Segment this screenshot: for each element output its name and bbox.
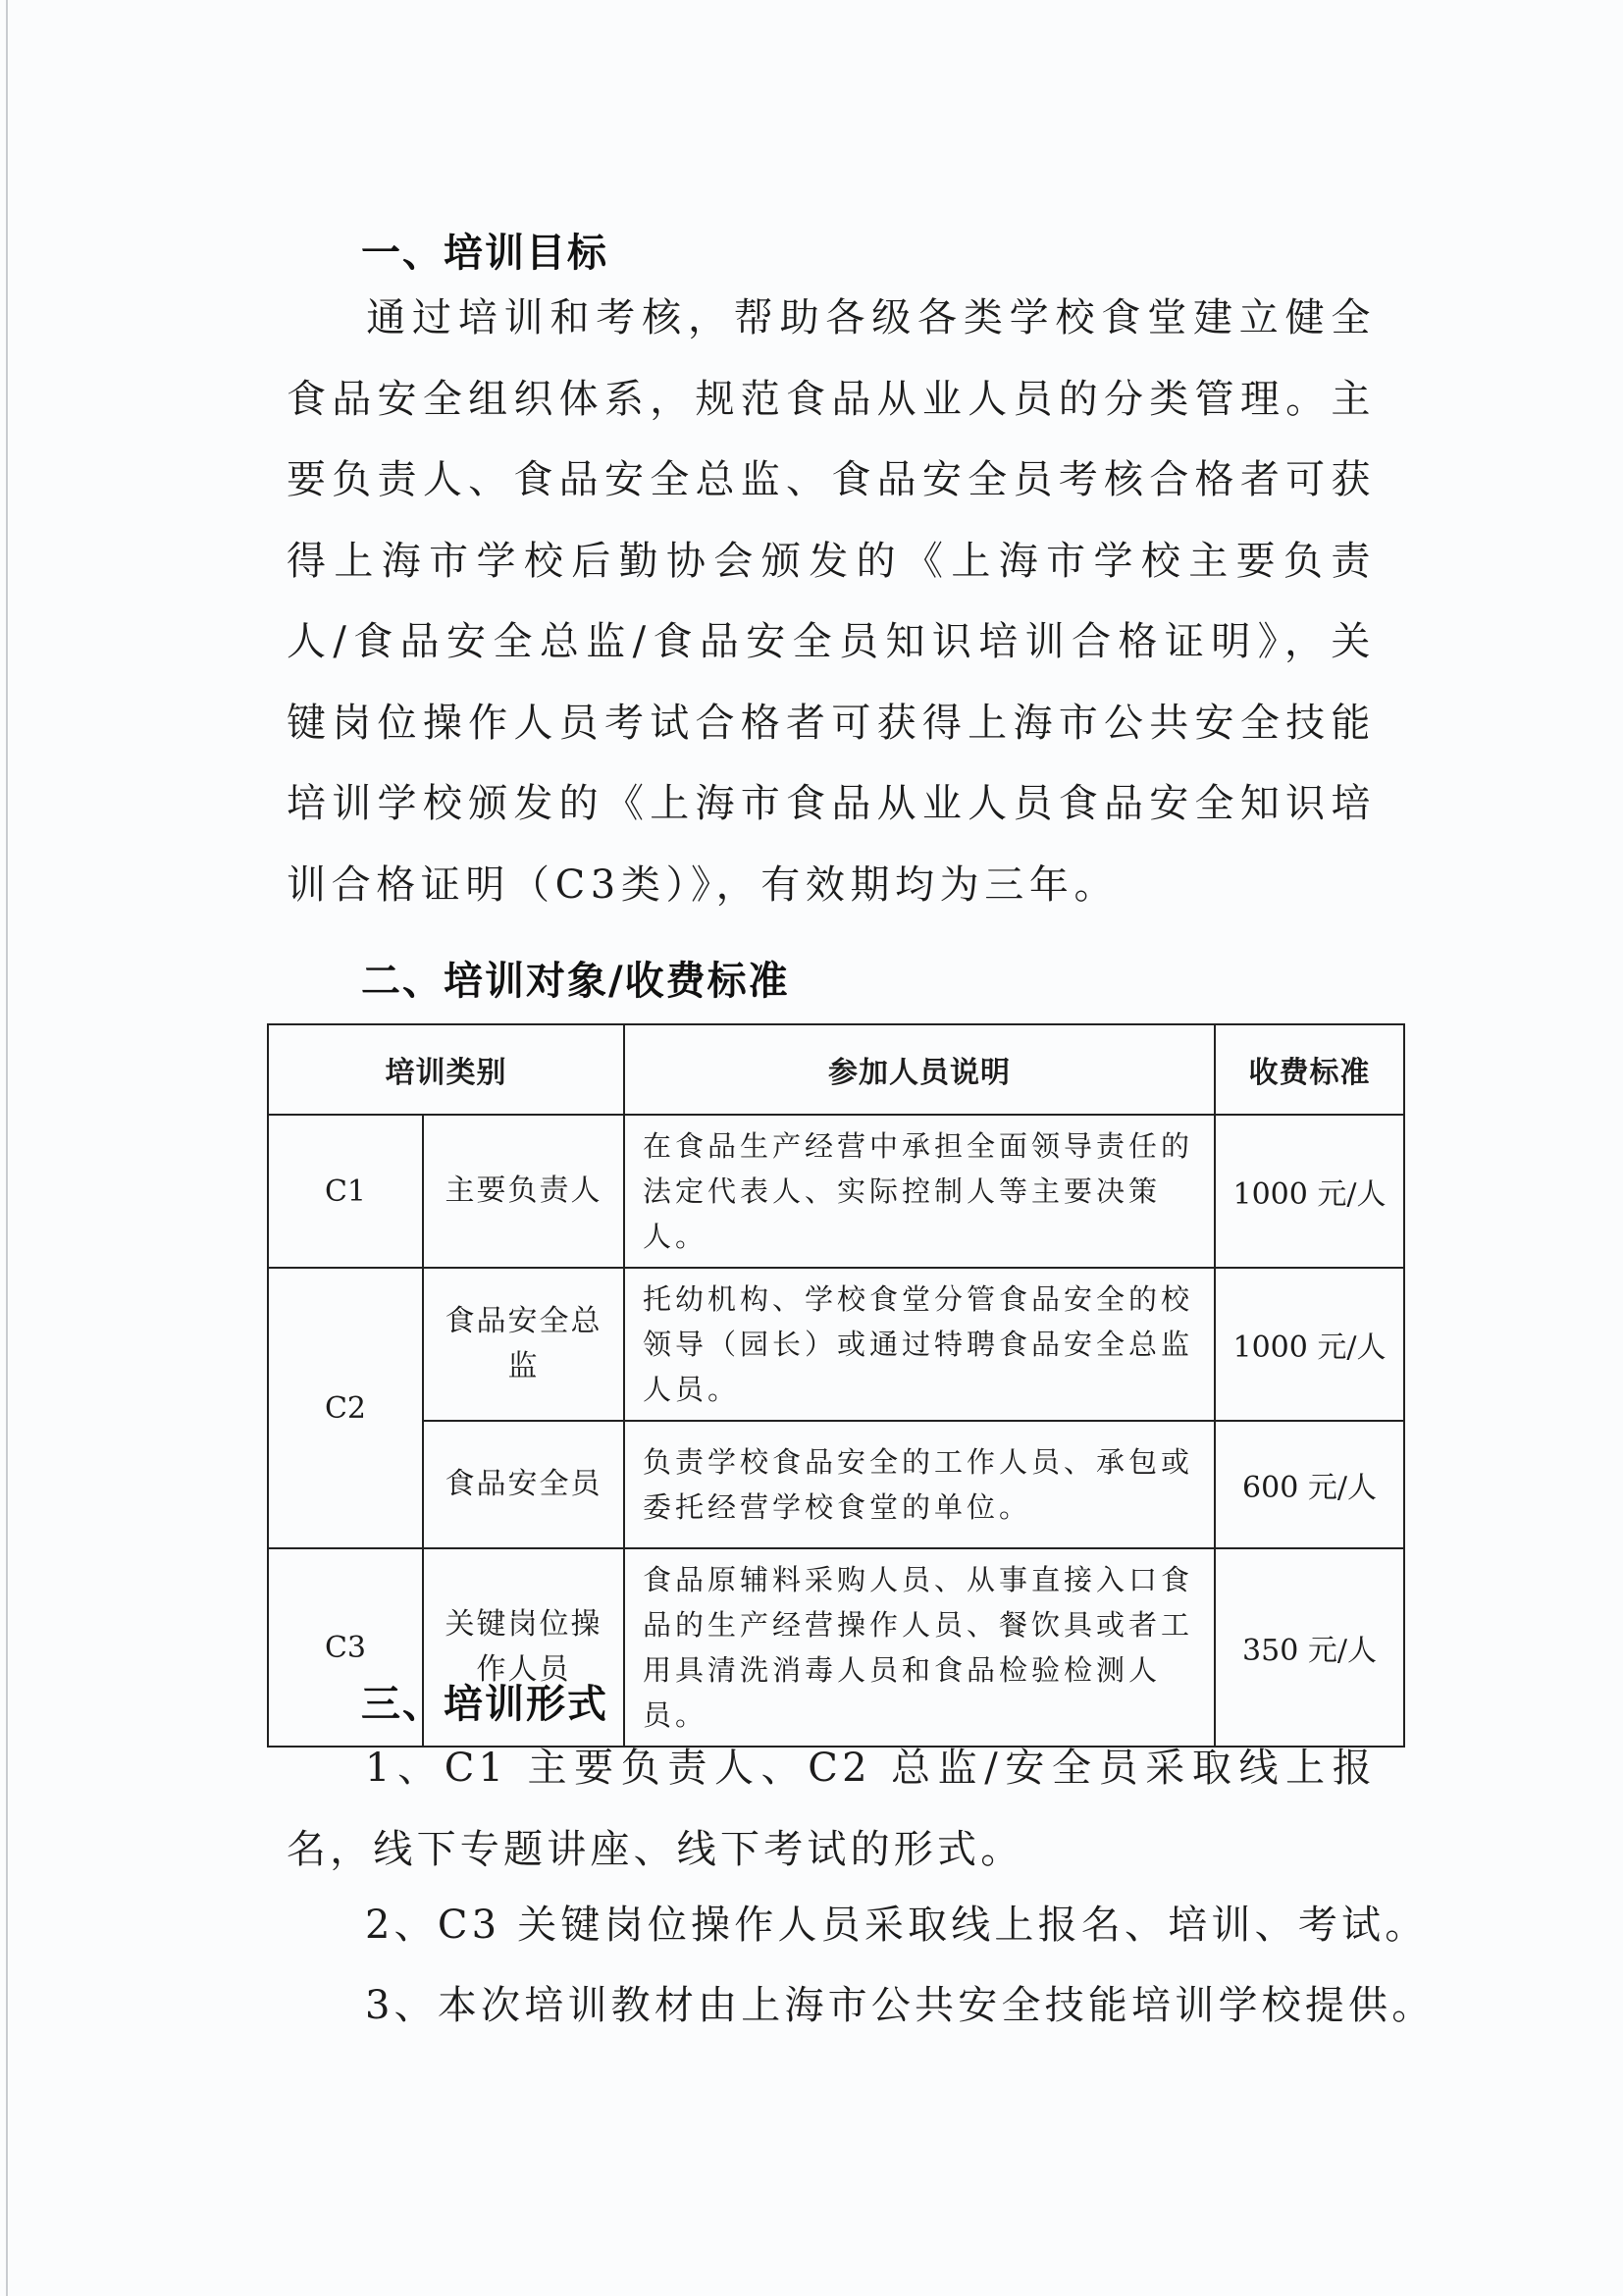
fee-value: 600 元/人 [1215, 1421, 1404, 1548]
table-row: C1 主要负责人 在食品生产经营中承担全面领导责任的法定代表人、实际控制人等主要… [268, 1115, 1404, 1268]
format-item-3: 3、本次培训教材由上海市公共安全技能培训学校提供。 [365, 1974, 1435, 2030]
role-description: 在食品生产经营中承担全面领导责任的法定代表人、实际控制人等主要决策人。 [624, 1115, 1215, 1268]
header-category: 培训类别 [268, 1024, 624, 1115]
table-row: 食品安全员 负责学校食品安全的工作人员、承包或委托经营学校食堂的单位。 600 … [268, 1421, 1404, 1548]
section-heading-training-goals: 一、培训目标 [361, 222, 608, 278]
header-description: 参加人员说明 [624, 1024, 1215, 1115]
header-fee: 收费标准 [1215, 1024, 1404, 1115]
fee-table: 培训类别 参加人员说明 收费标准 C1 主要负责人 在食品生产经营中承担全面领导… [267, 1023, 1405, 1748]
role-description: 托幼机构、学校食堂分管食品安全的校领导（园长）或通过特聘食品安全总监人员。 [624, 1268, 1215, 1421]
section-heading-training-format: 三、培训形式 [361, 1673, 608, 1729]
fee-value: 1000 元/人 [1215, 1268, 1404, 1421]
fee-value: 1000 元/人 [1215, 1115, 1404, 1268]
scan-edge [6, 0, 8, 2296]
format-item-1: 1、C1 主要负责人、C2 总监/安全员采取线上报名，线下专题讲座、线下考试的形… [287, 1728, 1376, 1890]
role-name: 食品安全员 [423, 1421, 624, 1548]
section-heading-target-fees: 二、培训对象/收费标准 [361, 950, 790, 1006]
table-row: C2 食品安全总监 托幼机构、学校食堂分管食品安全的校领导（园长）或通过特聘食品… [268, 1268, 1404, 1421]
category-code: C2 [268, 1268, 423, 1548]
role-name: 食品安全总监 [423, 1268, 624, 1421]
role-name: 主要负责人 [423, 1115, 624, 1268]
table-header-row: 培训类别 参加人员说明 收费标准 [268, 1024, 1404, 1115]
role-description: 负责学校食品安全的工作人员、承包或委托经营学校食堂的单位。 [624, 1421, 1215, 1548]
fee-value: 350 元/人 [1215, 1548, 1404, 1747]
format-item-2: 2、C3 关键岗位操作人员采取线上报名、培训、考试。 [365, 1894, 1428, 1950]
category-code: C1 [268, 1115, 423, 1268]
role-name-line: 关键岗位操 [434, 1602, 613, 1647]
training-goals-text: 通过培训和考核，帮助各级各类学校食堂建立健全食品安全组织体系，规范食品从业人员的… [287, 295, 1376, 908]
role-description: 食品原辅料采购人员、从事直接入口食品的生产经营操作人员、餐饮具或者工用具清洗消毒… [624, 1548, 1215, 1747]
training-goals-paragraph: 通过培训和考核，帮助各级各类学校食堂建立健全食品安全组织体系，规范食品从业人员的… [287, 278, 1376, 925]
format-item-text: 1、C1 主要负责人、C2 总监/安全员采取线上报名，线下专题讲座、线下考试的形… [287, 1746, 1376, 1872]
